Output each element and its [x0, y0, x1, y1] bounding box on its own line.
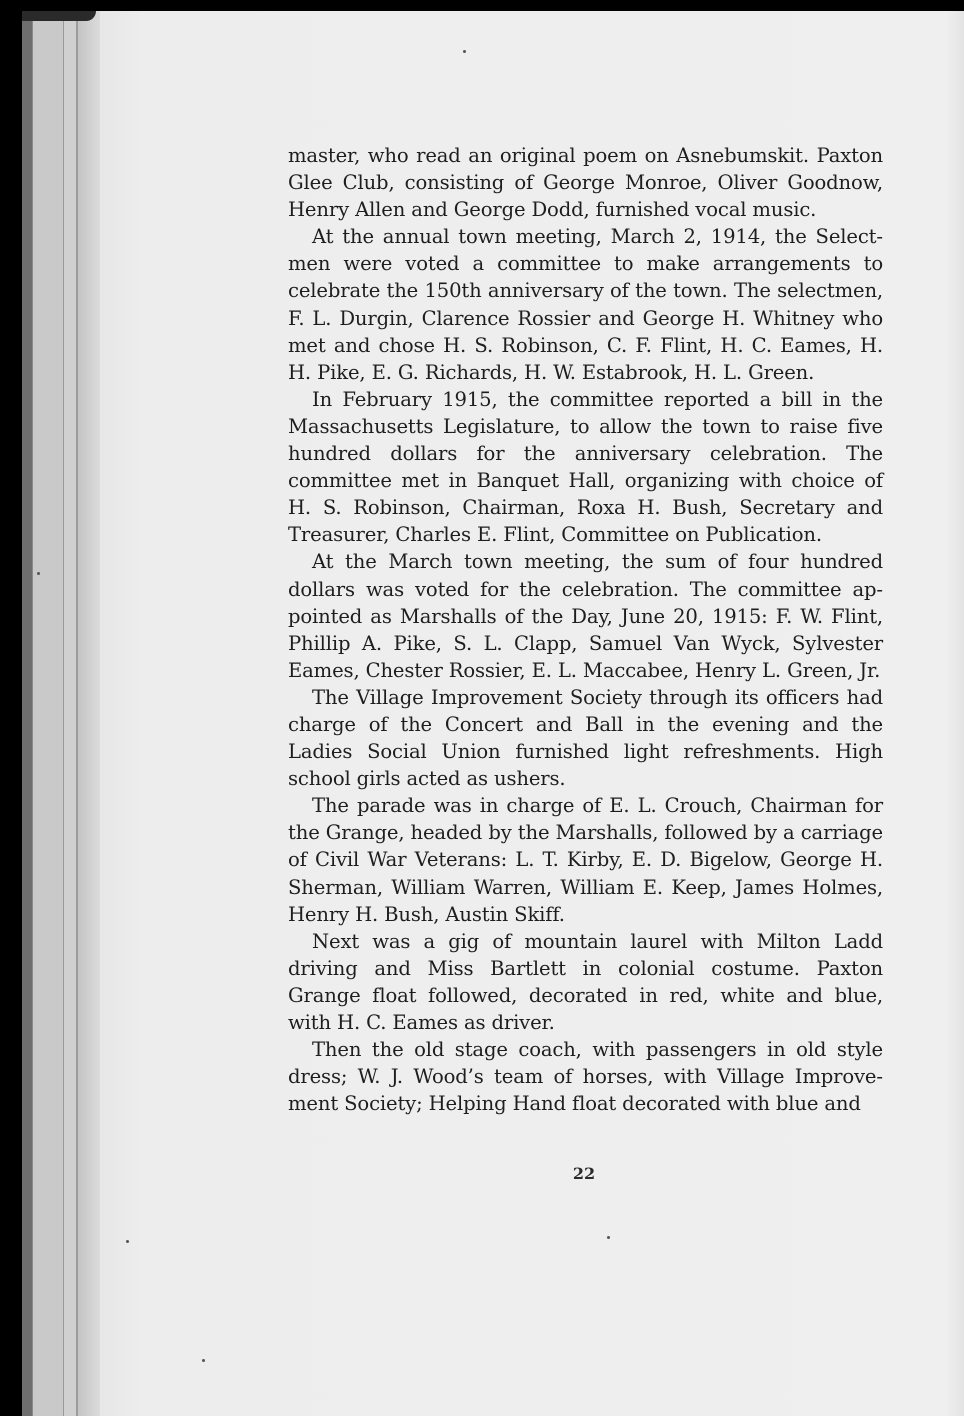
- spine-band: [32, 11, 65, 1416]
- paper-speck: [202, 1359, 205, 1362]
- paragraph: The parade was in charge of E. L. Crouch…: [288, 792, 883, 927]
- scanned-page-background: master, who read an original poem on Asn…: [0, 0, 964, 1416]
- paper-speck: [126, 1240, 129, 1243]
- paragraph: Then the old stage coach, with passenger…: [288, 1036, 883, 1117]
- spine-band: [22, 11, 32, 1416]
- paper-speck: [37, 572, 40, 575]
- paper-speck: [607, 1236, 610, 1239]
- page-number: 22: [560, 1164, 608, 1183]
- spine-band: [76, 11, 100, 1416]
- paragraph: At the March town meeting, the sum of fo…: [288, 548, 883, 683]
- spine-top-cap: [22, 11, 96, 21]
- body-text: master, who read an original poem on Asn…: [288, 142, 883, 1117]
- paragraph: The Village Improvement Society through …: [288, 684, 883, 792]
- paragraph: master, who read an original poem on Asn…: [288, 142, 883, 223]
- spine-band: [64, 11, 76, 1416]
- paragraph: At the annual town meeting, March 2, 191…: [288, 223, 883, 386]
- paper-speck: [463, 50, 466, 53]
- paragraph: In February 1915, the committee reported…: [288, 386, 883, 549]
- book-spine-edge: [22, 11, 98, 1416]
- paragraph: Next was a gig of mountain laurel with M…: [288, 928, 883, 1036]
